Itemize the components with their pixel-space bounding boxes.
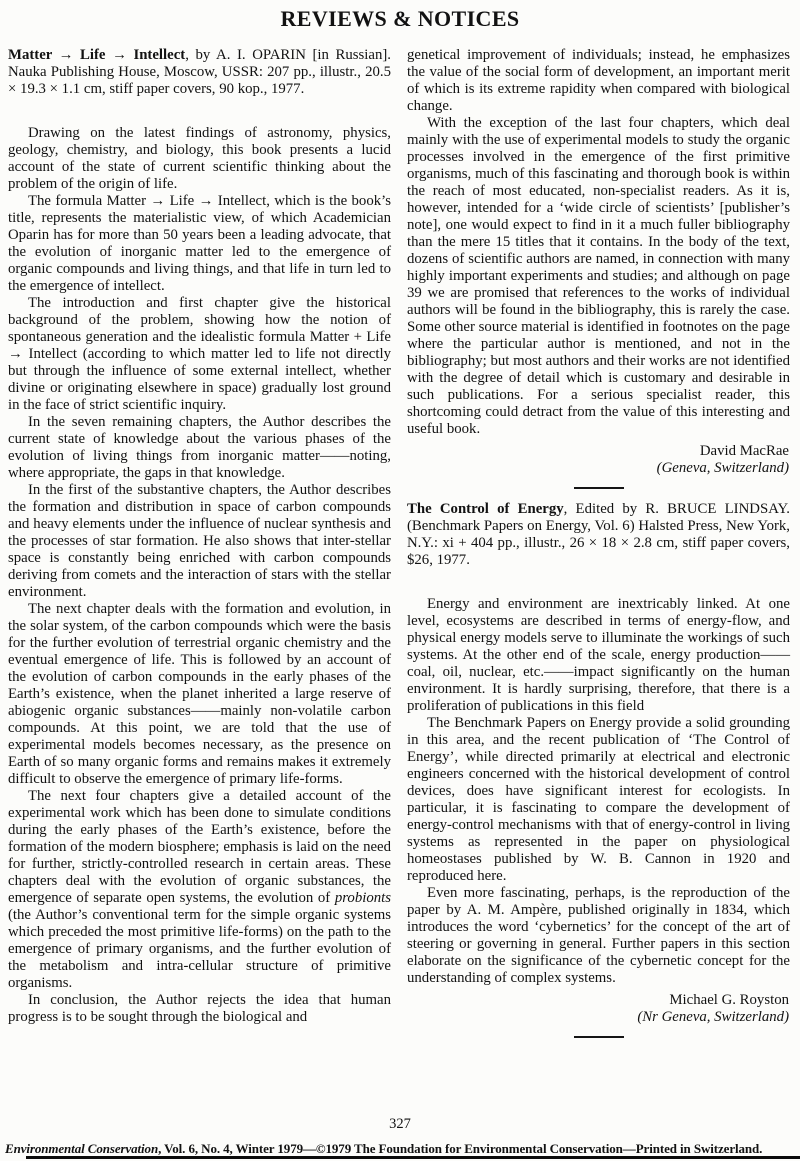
reviewer-location: (Nr Geneva, Switzerland) (407, 1009, 789, 1026)
column-right: genetical improvement of individuals; in… (407, 47, 790, 1137)
footer-journal-name: Environmental Conservation (5, 1141, 158, 1156)
two-column-text: Matter → Life → Intellect, by A. I. OPAR… (0, 47, 800, 1137)
reviewer-name: Michael G. Royston (407, 992, 789, 1009)
bottom-scan-line (26, 1156, 800, 1159)
journal-footer: Environmental Conservation, Vol. 6, No. … (5, 1141, 798, 1157)
review-paragraph: Drawing on the latest findings of astron… (8, 125, 391, 193)
review-paragraph: The next chapter deals with the formatio… (8, 601, 391, 788)
book-citation: Matter → Life → Intellect, by A. I. OPAR… (8, 47, 391, 98)
section-divider-rule (574, 1036, 624, 1038)
review-paragraph: With the exception of the last four chap… (407, 115, 790, 438)
review-paragraph: In conclusion, the Author rejects the id… (8, 992, 391, 1026)
column-left: Matter → Life → Intellect, by A. I. OPAR… (8, 47, 391, 1137)
reviewer-signature: Michael G. Royston(Nr Geneva, Switzerlan… (407, 992, 789, 1026)
page-title: REVIEWS & NOTICES (0, 6, 800, 32)
review-paragraph: The formula Matter → Life → Intellect, w… (8, 193, 391, 295)
review-paragraph: Energy and environment are inextricably … (407, 596, 790, 715)
reviewer-signature: David MacRae(Geneva, Switzerland) (407, 443, 789, 477)
book-citation: The Control of Energy, Edited by R. BRUC… (407, 501, 790, 569)
journal-page: REVIEWS & NOTICES Matter → Life → Intell… (0, 6, 800, 1137)
review-paragraph: The introduction and first chapter give … (8, 295, 391, 414)
reviewer-name: David MacRae (407, 443, 789, 460)
review-paragraph: In the seven remaining chapters, the Aut… (8, 414, 391, 482)
section-divider-rule (574, 487, 624, 489)
review-paragraph: The Benchmark Papers on Energy provide a… (407, 715, 790, 885)
review-paragraph: The next four chapters give a detailed a… (8, 788, 391, 992)
review-paragraph: In the first of the substantive chapters… (8, 482, 391, 601)
footer-imprint-text: , Vol. 6, No. 4, Winter 1979—©1979 The F… (158, 1141, 762, 1156)
reviewer-location: (Geneva, Switzerland) (407, 460, 789, 477)
review-paragraph: genetical improvement of individuals; in… (407, 47, 790, 115)
page-number: 327 (0, 1116, 800, 1133)
review-paragraph: Even more fascinating, perhaps, is the r… (407, 885, 790, 987)
